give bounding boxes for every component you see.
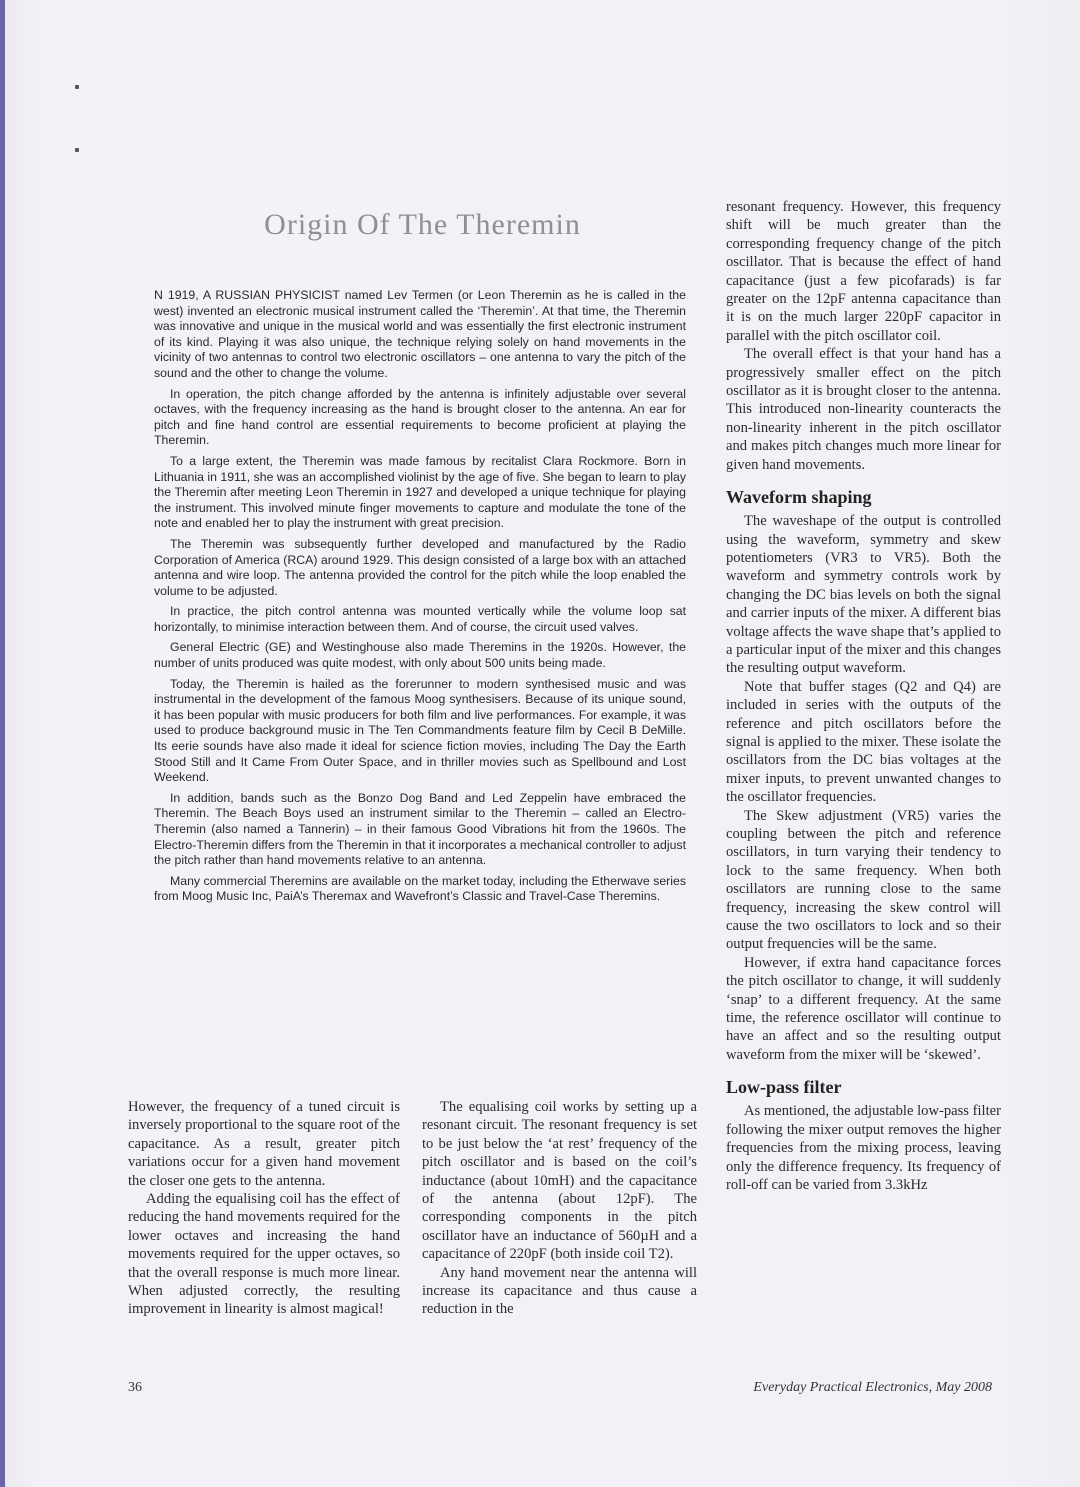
page-number: 36 [128, 1380, 142, 1396]
intro-paragraph: General Electric (GE) and Westinghouse a… [154, 640, 686, 671]
scan-speck [75, 148, 79, 152]
intro-paragraph: To a large extent, the Theremin was made… [154, 454, 686, 532]
body-paragraph: Any hand movement near the antenna will … [422, 1264, 697, 1319]
sidebar-box-text: N 1919, A RUSSIAN PHYSICIST named Lev Te… [154, 288, 686, 910]
body-paragraph: The equalising coil works by setting up … [422, 1098, 697, 1264]
intro-paragraph: In operation, the pitch change afforded … [154, 387, 686, 449]
intro-paragraph: Today, the Theremin is hailed as the for… [154, 677, 686, 786]
body-column-right: resonant frequency. However, this freque… [726, 198, 1001, 1194]
body-paragraph: resonant frequency. However, this freque… [726, 198, 1001, 345]
body-paragraph: However, if extra hand capacitance force… [726, 954, 1001, 1064]
body-paragraph: Adding the equalising coil has the effec… [128, 1190, 400, 1319]
body-paragraph: The waveshape of the output is controlle… [726, 512, 1001, 678]
intro-paragraph: In practice, the pitch control antenna w… [154, 604, 686, 635]
intro-paragraph: In addition, bands such as the Bonzo Dog… [154, 791, 686, 869]
scan-speck [75, 85, 79, 89]
body-paragraph: Note that buffer stages (Q2 and Q4) are … [726, 678, 1001, 807]
body-column-middle: The equalising coil works by setting up … [422, 1098, 697, 1319]
section-heading-waveform-shaping: Waveform shaping [726, 486, 1001, 508]
body-paragraph: As mentioned, the adjustable low-pass fi… [726, 1102, 1001, 1194]
body-paragraph: However, the frequency of a tuned circui… [128, 1098, 400, 1190]
sidebar-title: Origin Of The Theremin [150, 208, 695, 242]
publication-footer: Everyday Practical Electronics, May 2008 [700, 1380, 992, 1396]
body-paragraph: The Skew adjustment (VR5) varies the cou… [726, 807, 1001, 954]
body-column-left: However, the frequency of a tuned circui… [128, 1098, 400, 1319]
intro-paragraph: The Theremin was subsequently further de… [154, 537, 686, 599]
section-heading-low-pass-filter: Low-pass filter [726, 1076, 1001, 1098]
intro-paragraph: N 1919, A RUSSIAN PHYSICIST named Lev Te… [154, 288, 686, 382]
intro-paragraph: Many commercial Theremins are available … [154, 874, 686, 905]
body-paragraph: The overall effect is that your hand has… [726, 345, 1001, 474]
